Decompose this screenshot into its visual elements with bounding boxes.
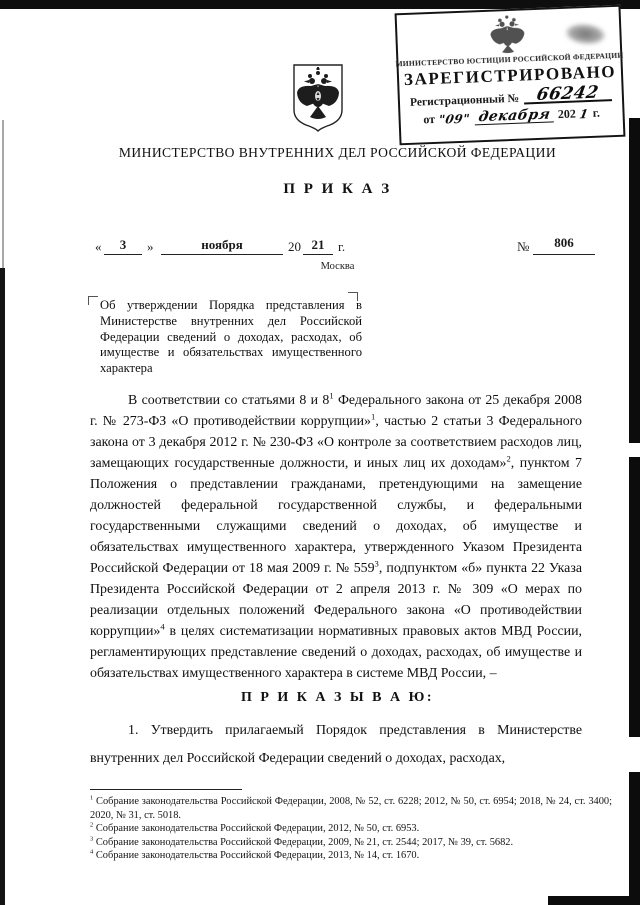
- stamp-ink-smudge: [565, 22, 607, 46]
- subject-corner-mark-left: [88, 296, 98, 305]
- footnote-3: 3 Собрание законодательства Российской Ф…: [90, 836, 612, 850]
- scan-edge-right: [629, 118, 640, 905]
- stamp-date-prefix: от: [423, 112, 435, 127]
- footnote-4: 4 Собрание законодательства Российской Ф…: [90, 849, 612, 863]
- resolve-word: П Р И К А З Ы В А Ю:: [55, 690, 620, 706]
- stamp-date-year-suffix: г.: [592, 106, 600, 121]
- date-open-quote: «: [95, 239, 102, 255]
- date-year-field: 21: [303, 237, 333, 255]
- date-close-quote: »: [147, 239, 154, 255]
- date-year-suffix: г.: [338, 239, 345, 255]
- footnote-separator: [90, 789, 242, 790]
- stamp-reg-number-label: Регистрационный №: [410, 93, 520, 109]
- stamp-date-year-written: 1: [579, 107, 590, 121]
- stamp-date-month: декабря: [474, 108, 554, 125]
- stamp-eagle-icon: [489, 13, 527, 54]
- justice-registration-stamp: МИНИСТЕРСТВО ЮСТИЦИИ РОССИЙСКОЙ ФЕДЕРАЦИ…: [395, 5, 626, 146]
- stamp-date-year-printed: 202: [558, 107, 577, 123]
- order-number-label: №: [517, 239, 529, 255]
- date-year-prefix: 20: [288, 239, 301, 255]
- footnote-2: 2 Собрание законодательства Российской Ф…: [90, 822, 612, 836]
- stamp-reg-number-value: 66242: [524, 85, 612, 104]
- date-day-field: 3: [104, 237, 142, 255]
- order-number-value: 806: [533, 235, 595, 255]
- preamble-paragraph: В соответствии со статьями 8 и 81 Федера…: [90, 390, 582, 684]
- scan-edge-left: [0, 268, 5, 905]
- city-label: Москва: [55, 261, 620, 272]
- footnote-1: 1 Собрание законодательства Российской Ф…: [90, 795, 612, 822]
- scan-edge-left: [2, 120, 4, 270]
- order-subject: Об утверждении Порядка представления в М…: [100, 298, 362, 377]
- ministry-title: МИНИСТЕРСТВО ВНУТРЕННИХ ДЕЛ РОССИЙСКОЙ Ф…: [55, 145, 620, 161]
- document-type-title: П Р И К А З: [55, 181, 620, 198]
- scan-edge-gap: [629, 737, 640, 772]
- coat-of-arms-emblem: [292, 64, 344, 132]
- footnotes-block: 1 Собрание законодательства Российской Ф…: [90, 795, 612, 863]
- scan-edge-bottom: [548, 896, 640, 905]
- date-month-field: ноября: [161, 237, 283, 255]
- stamp-date-day: "09": [438, 112, 472, 127]
- scanned-order-page: МИНИСТЕРСТВО ЮСТИЦИИ РОССИЙСКОЙ ФЕДЕРАЦИ…: [0, 0, 640, 905]
- scan-edge-gap: [629, 443, 640, 457]
- order-item-1: 1. Утвердить прилагаемый Порядок предста…: [90, 717, 582, 773]
- date-number-row: « 3 » ноября 20 21 г. № 806: [95, 236, 587, 258]
- stamp-date-line: от "09" декабря 2021 г.: [423, 106, 600, 128]
